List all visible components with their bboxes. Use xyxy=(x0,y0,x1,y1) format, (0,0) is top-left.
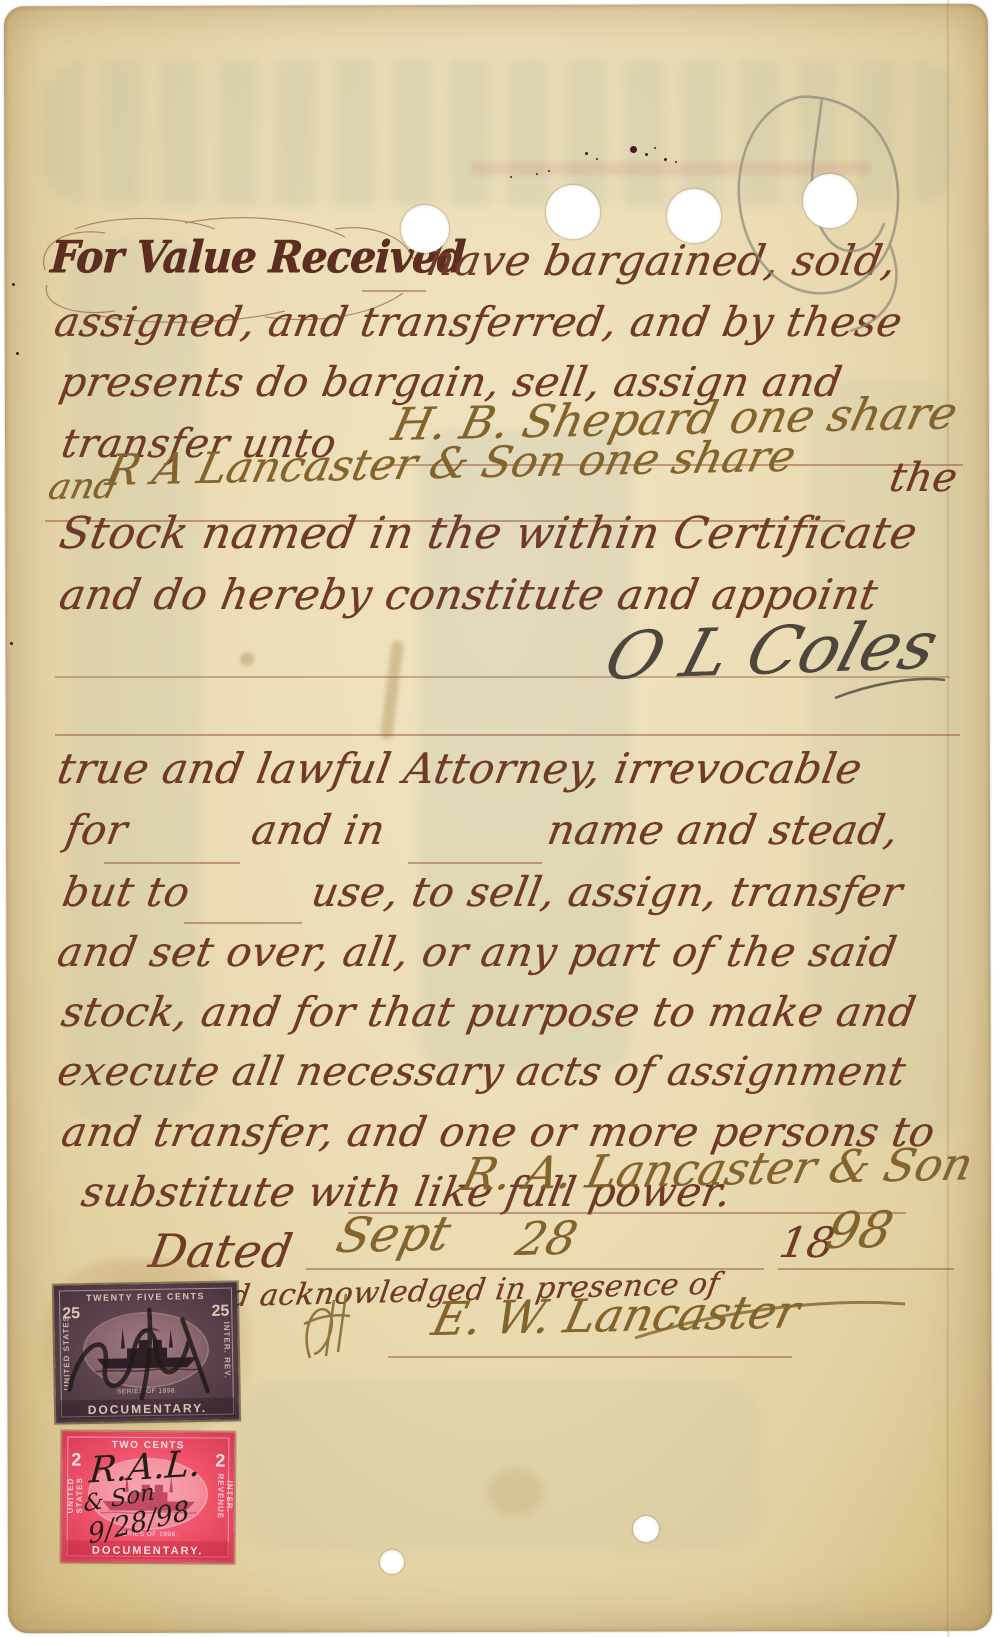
ink-speck xyxy=(16,352,19,355)
scanned-stock-transfer-document: For Value Received have bargained, sold,… xyxy=(0,0,1000,1637)
printed-but-to: but to xyxy=(59,872,193,913)
fill-rule xyxy=(184,922,302,924)
printed-name-and-stead: name and stead, xyxy=(544,810,901,851)
printed-line-12: stock, and for that purpose to make and xyxy=(58,992,919,1033)
signature-rule xyxy=(388,1356,792,1358)
stamp-25c-cancel-scribble xyxy=(54,1282,239,1422)
punch-hole xyxy=(803,174,857,228)
heading-for-value-received: For Value Received xyxy=(49,236,466,280)
witness-signature-flourish xyxy=(630,1292,910,1342)
printed-for: for xyxy=(62,810,130,851)
fill-rule xyxy=(362,290,426,292)
ink-speck xyxy=(664,158,667,161)
handwritten-date-day: 28 xyxy=(512,1215,581,1262)
stamp-2c-left-label: UNITED STATES xyxy=(66,1459,81,1531)
handwritten-date-month: Sept xyxy=(332,1210,455,1260)
fill-rule xyxy=(104,862,240,864)
ink-speck xyxy=(510,176,512,178)
punch-hole xyxy=(380,1550,404,1574)
revenue-stamp-25c: TWENTY FIVE CENTS 25 25 UNITED STATES IN… xyxy=(54,1282,239,1422)
fold-crease xyxy=(946,0,950,1637)
ink-speck xyxy=(548,170,550,172)
printed-line-13: execute all necessary acts of assignment xyxy=(54,1052,908,1092)
ink-speck xyxy=(12,283,15,286)
punch-hole xyxy=(667,189,721,243)
witness-paraph-mark xyxy=(292,1290,372,1365)
fill-rule xyxy=(778,1268,954,1270)
printed-line-7: and do hereby constitute and appoint xyxy=(56,574,881,616)
handwritten-principal-signature: R. A. Lancaster & Son xyxy=(458,1141,977,1197)
printed-line-8: true and lawful Attorney, irrevocable xyxy=(54,748,865,790)
ink-speck xyxy=(536,173,538,175)
ink-speck xyxy=(10,642,13,645)
attorney-signature-flourish xyxy=(830,668,950,708)
punch-hole xyxy=(401,205,449,253)
printed-dated-label: Dated xyxy=(146,1228,296,1274)
punch-hole xyxy=(633,1516,659,1542)
printed-and-in: and in xyxy=(248,810,388,851)
ink-speck xyxy=(645,153,648,156)
printed-line-6: Stock named in the within Certificate xyxy=(56,512,920,556)
handwritten-date-year: 98 xyxy=(822,1205,897,1256)
stamp-2c-right-label: INTER. REVENUE xyxy=(216,1460,231,1532)
revenue-stamp-2c: TWO CENTS 2 2 UNITED STATES INTER. REVEN… xyxy=(62,1431,235,1562)
fill-rule xyxy=(408,862,542,864)
ink-speck xyxy=(675,161,677,163)
ink-speck xyxy=(654,147,656,149)
ink-speck xyxy=(630,146,637,153)
signature-rule xyxy=(55,734,960,736)
printed-line-11: and set over, all, or any part of the sa… xyxy=(54,932,899,973)
printed-use-to-sell: use, to sell, assign, transfer xyxy=(308,872,905,913)
ink-speck xyxy=(596,158,598,160)
ink-speck xyxy=(585,152,588,155)
printed-the: the xyxy=(886,458,960,498)
punch-hole xyxy=(546,185,600,239)
